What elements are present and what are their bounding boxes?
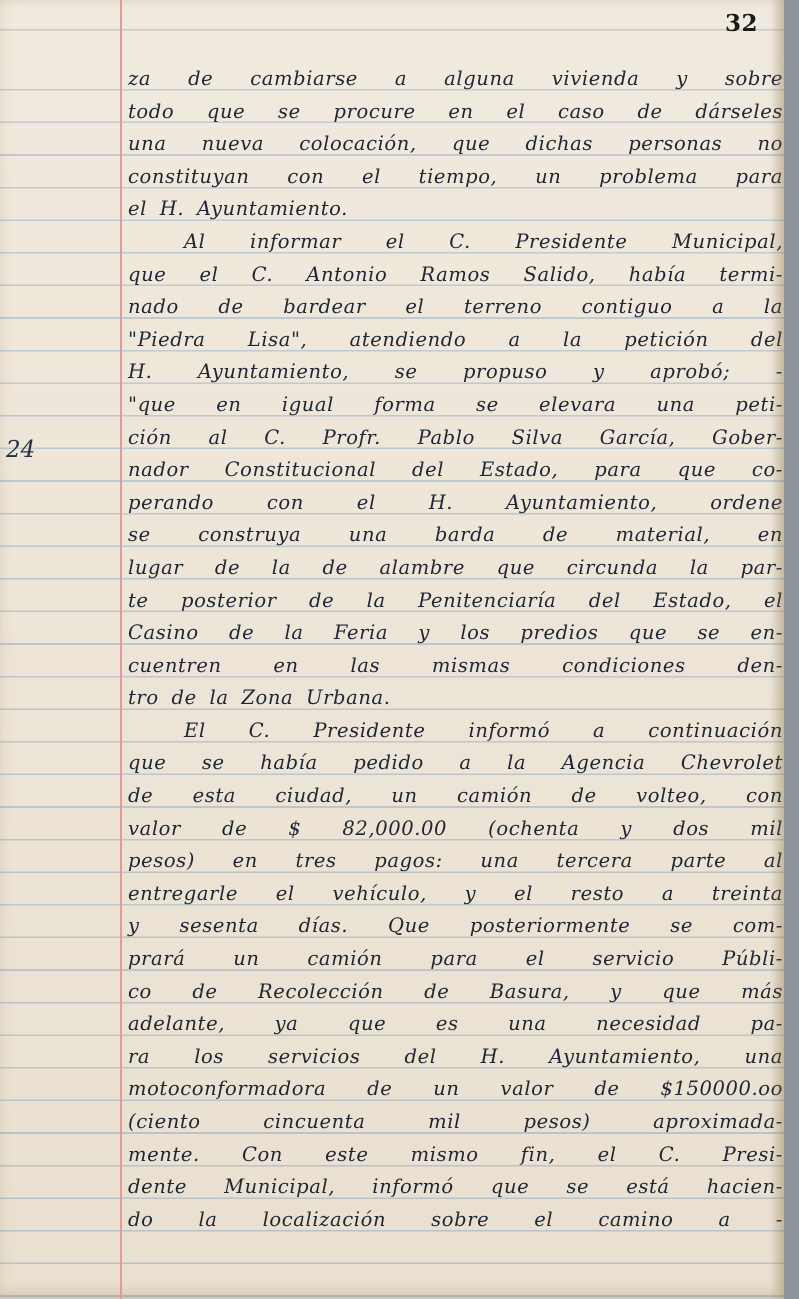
text-line: te posterior de la Penitenciaría del Est… [128,585,783,618]
text-line: dente Municipal, informó que se está hac… [128,1171,783,1204]
text-line: que el C. Antonio Ramos Salido, había te… [128,259,783,292]
text-line: za de cambiarse a alguna vivienda y sobr… [128,63,783,96]
text-line: prará un camión para el servicio Públi- [128,943,783,976]
text-line: cuentren en las mismas condiciones den- [128,650,783,683]
text-line: perando con el H. Ayuntamiento, ordene [128,487,783,520]
margin-annotation-number: 24 [6,437,35,463]
text-line: una nueva colocación, que dichas persona… [128,128,783,161]
text-line: (ciento cincuenta mil pesos) aproximada- [128,1106,783,1139]
text-line: de esta ciudad, un camión de volteo, con [128,780,783,813]
handwritten-minutes-text: za de cambiarse a alguna vivienda y sobr… [128,63,783,1236]
text-line: se construya una barda de material, en [128,519,783,552]
text-line: Casino de la Feria y los predios que se … [128,617,783,650]
text-line: nado de bardear el terreno contiguo a la [128,291,783,324]
text-line: mente. Con este mismo fin, el C. Presi- [128,1139,783,1172]
text-line: lugar de la de alambre que circunda la p… [128,552,783,585]
text-line: do la localización sobre el camino a - [128,1204,783,1237]
page-number: 32 [725,10,758,37]
text-line: entregarle el vehículo, y el resto a tre… [128,878,783,911]
text-line: tro de la Zona Urbana. [128,682,783,715]
text-line: nador Constitucional del Estado, para qu… [128,454,783,487]
text-line: constituyan con el tiempo, un problema p… [128,161,783,194]
text-line: pesos) en tres pagos: una tercera parte … [128,845,783,878]
text-line: que se había pedido a la Agencia Chevrol… [128,747,783,780]
text-line: el H. Ayuntamiento. [128,193,783,226]
text-line: ra los servicios del H. Ayuntamiento, un… [128,1041,783,1074]
text-line: motoconformadora de un valor de $150000.… [128,1073,783,1106]
text-line: ción al C. Profr. Pablo Silva García, Go… [128,422,783,455]
text-line: todo que se procure en el caso de dársel… [128,96,783,129]
text-line: H. Ayuntamiento, se propuso y aprobó; - [128,356,783,389]
text-line: co de Recolección de Basura, y que más [128,976,783,1009]
ledger-page: 32 24 za de cambiarse a alguna vivienda … [0,0,784,1299]
red-margin-line [120,0,122,1299]
text-line: adelante, ya que es una necesidad pa- [128,1008,783,1041]
text-line: "que en igual forma se elevara una peti- [128,389,783,422]
paragraph-start-line: El C. Presidente informó a continuación [128,715,783,748]
text-line: "Piedra Lisa", atendiendo a la petición … [128,324,783,357]
paragraph-start-line: Al informar el C. Presidente Municipal, [128,226,783,259]
text-line: y sesenta días. Que posteriormente se co… [128,910,783,943]
text-line: valor de $ 82,000.00 (ochenta y dos mil [128,813,783,846]
